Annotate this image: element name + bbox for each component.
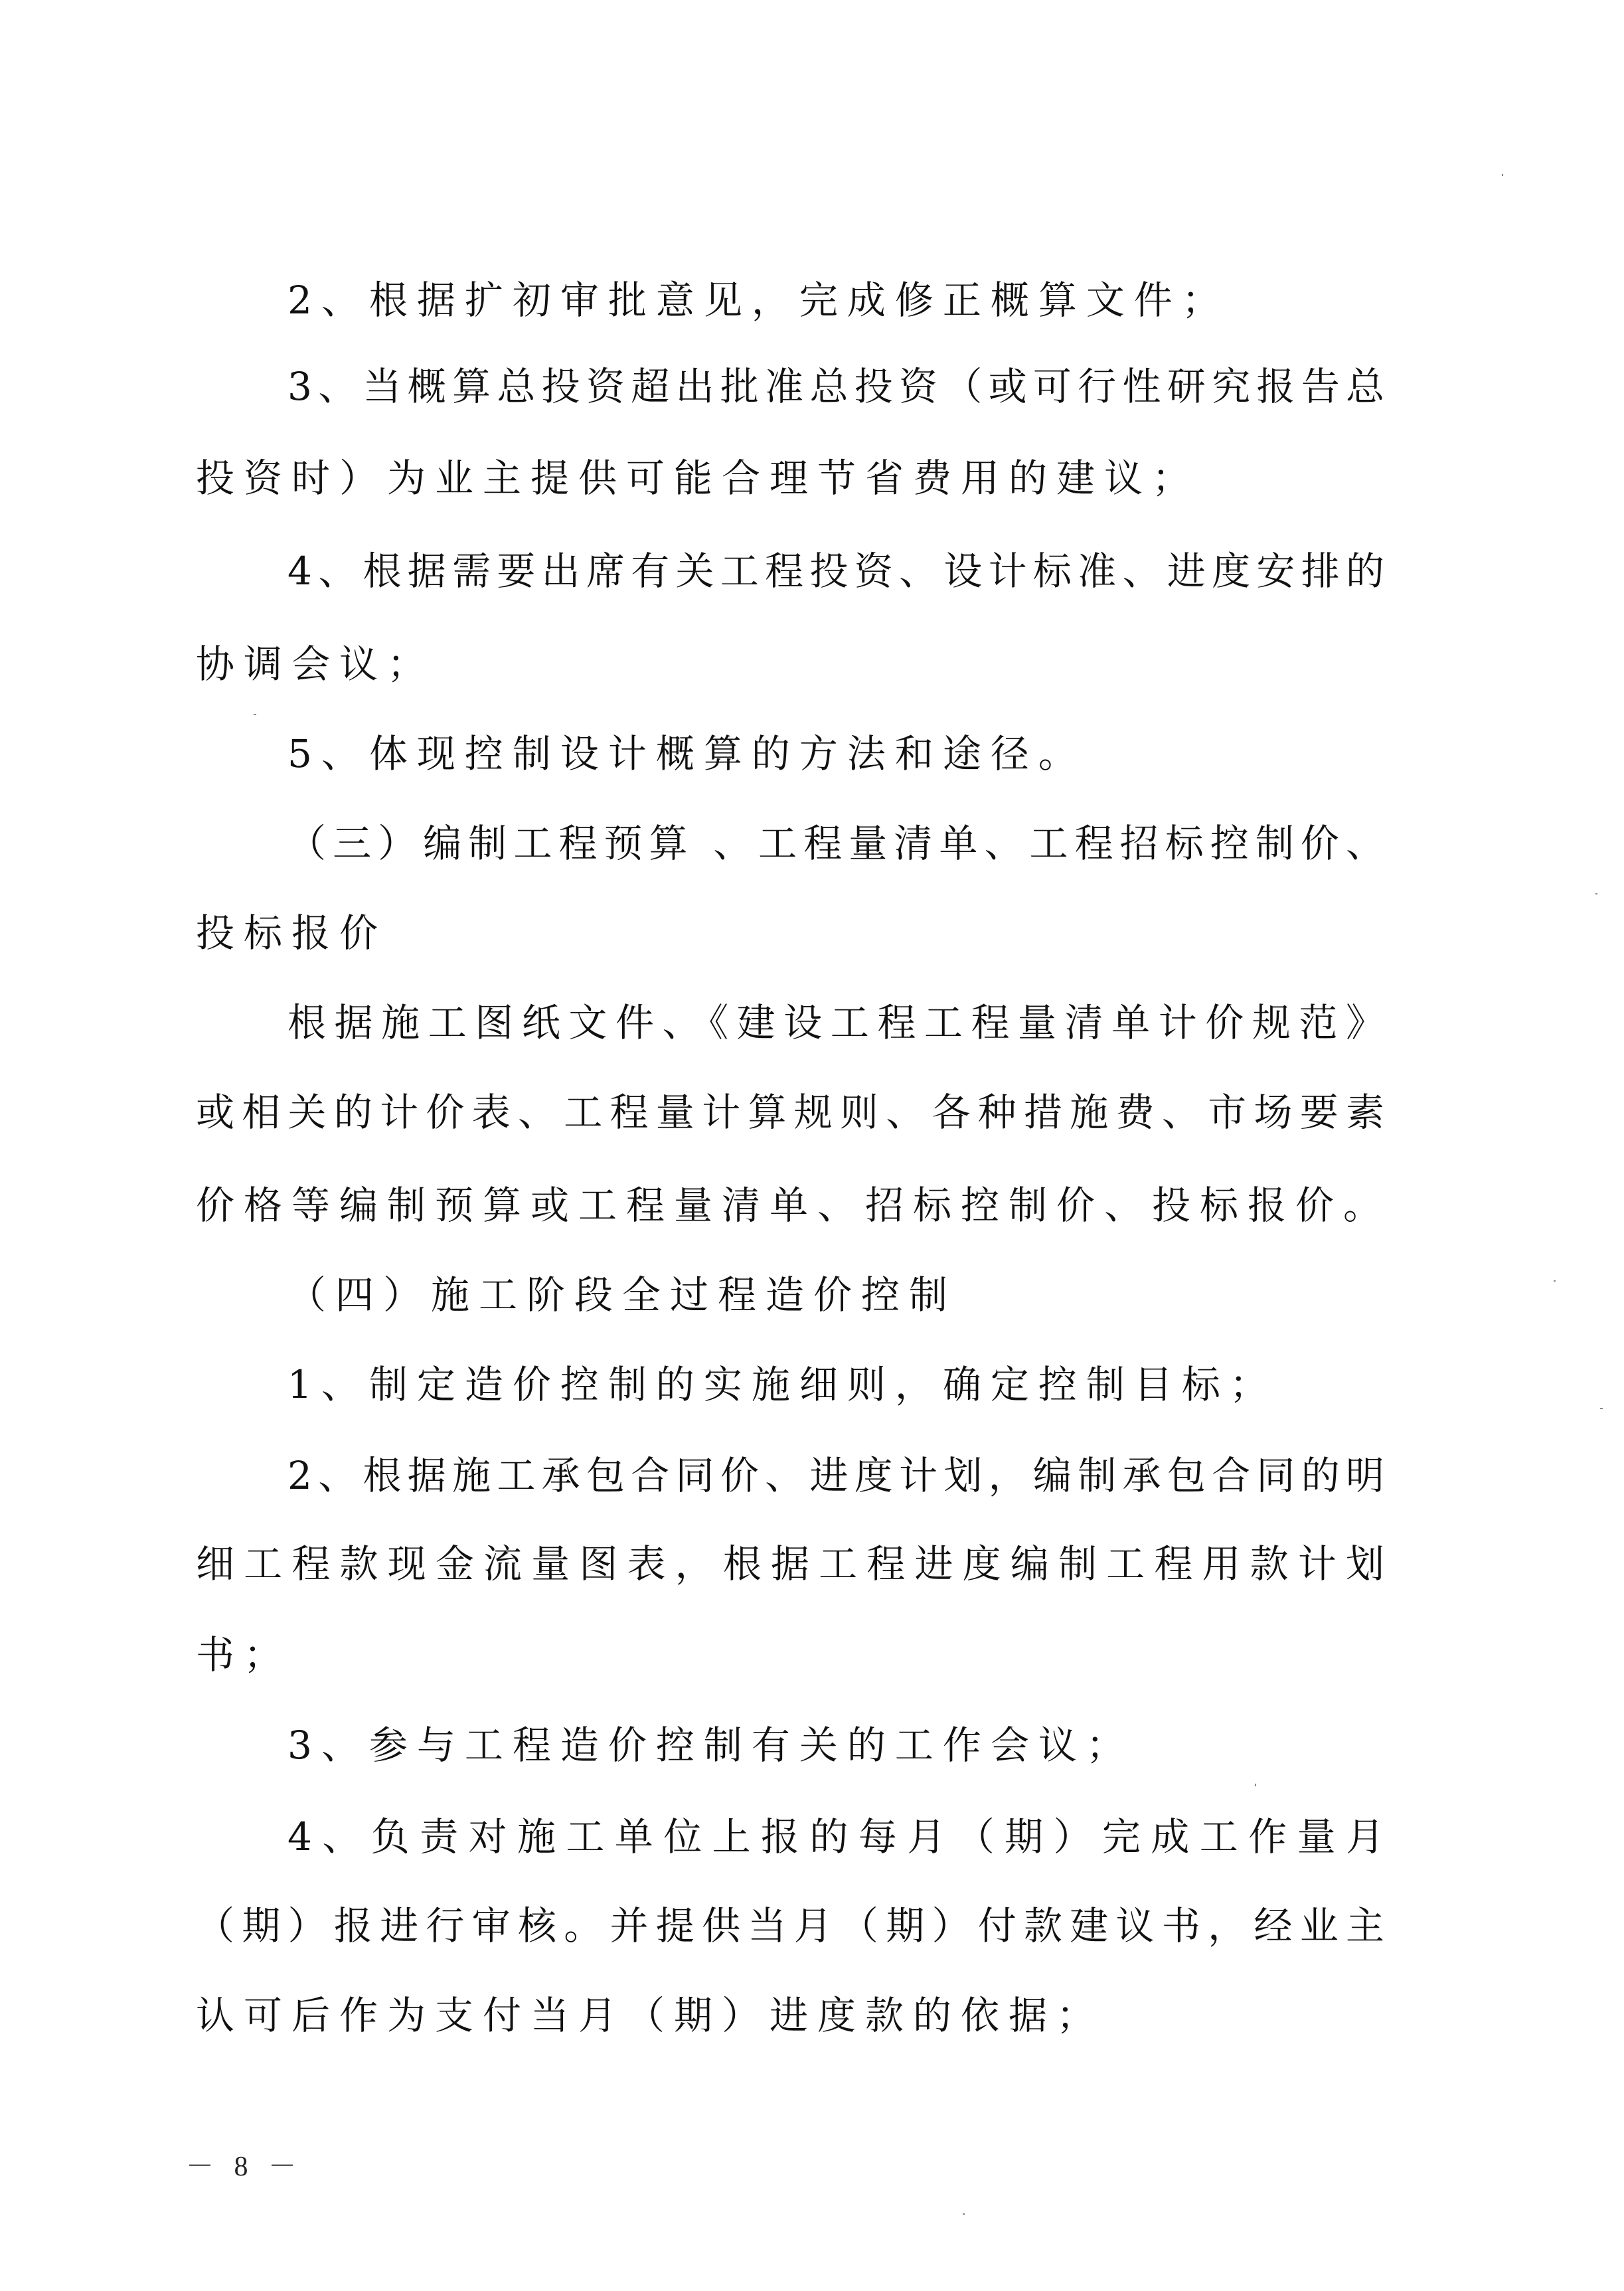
paragraph-line-2: 或相关的计价表、工程量计算规则、各种措施费、市场要素 xyxy=(196,1086,1384,1139)
scan-speck xyxy=(963,2213,965,2215)
list-item-4-line-2: 协调会议； xyxy=(196,637,435,691)
paragraph-line-3: 价格等编制预算或工程量清单、招标控制价、投标报价。 xyxy=(196,1179,1391,1232)
list-item-1: 1、制定造价控制的实施细则，确定控制目标； xyxy=(287,1358,1277,1411)
section-heading-3-line-1: （三）编制工程预算 、工程量清单、工程招标控制价、 xyxy=(287,817,1384,870)
list-item-4-line-1b: 4、负责对施工单位上报的每月（期）完成工作量月 xyxy=(287,1810,1384,1863)
scan-speck xyxy=(1502,174,1503,176)
section-heading-4: （四）施工阶段全过程造价控制 xyxy=(287,1268,957,1321)
list-item-2-revise-estimate: 2、根据扩初审批意见，完成修正概算文件； xyxy=(287,274,1230,327)
scan-speck xyxy=(1595,893,1597,894)
scan-speck xyxy=(1255,1784,1256,1786)
section-heading-3-line-2: 投标报价 xyxy=(196,906,387,960)
paragraph-line-1: 根据施工图纸文件、《建设工程工程量清单计价规范》 xyxy=(287,996,1384,1049)
list-item-4-line-2b: （期）报进行审核。并提供当月（期）付款建议书，经业主 xyxy=(196,1899,1384,1952)
list-item-5: 5、体现控制设计概算的方法和途径。 xyxy=(287,727,1086,780)
list-item-2-line-3: 书； xyxy=(196,1628,291,1681)
list-item-2-line-1: 2、根据施工承包合同价、进度计划，编制承包合同的明 xyxy=(287,1449,1384,1502)
list-item-2-line-2: 细工程款现金流量图表，根据工程进度编制工程用款计划 xyxy=(196,1537,1384,1590)
list-item-3-line-2: 投资时）为业主提供可能合理节省费用的建议； xyxy=(196,452,1200,505)
list-item-3: 3、参与工程造价控制有关的工作会议； xyxy=(287,1719,1134,1772)
list-item-4-line-1: 4、根据需要出席有关工程投资、设计标准、进度安排的 xyxy=(287,545,1384,598)
scan-speck xyxy=(1600,1408,1603,1409)
page-number: － 8 － xyxy=(186,2150,303,2183)
scan-speck xyxy=(254,714,256,715)
scan-speck xyxy=(1554,1280,1556,1282)
list-item-3-line-1: 3、当概算总投资超出批准总投资（或可行性研究报告总 xyxy=(287,360,1384,413)
list-item-4-line-3b: 认可后作为支付当月（期）进度款的依据； xyxy=(196,1989,1104,2042)
document-page: 2、根据扩初审批意见，完成修正概算文件； 3、当概算总投资超出批准总投资（或可行… xyxy=(0,0,1624,2291)
